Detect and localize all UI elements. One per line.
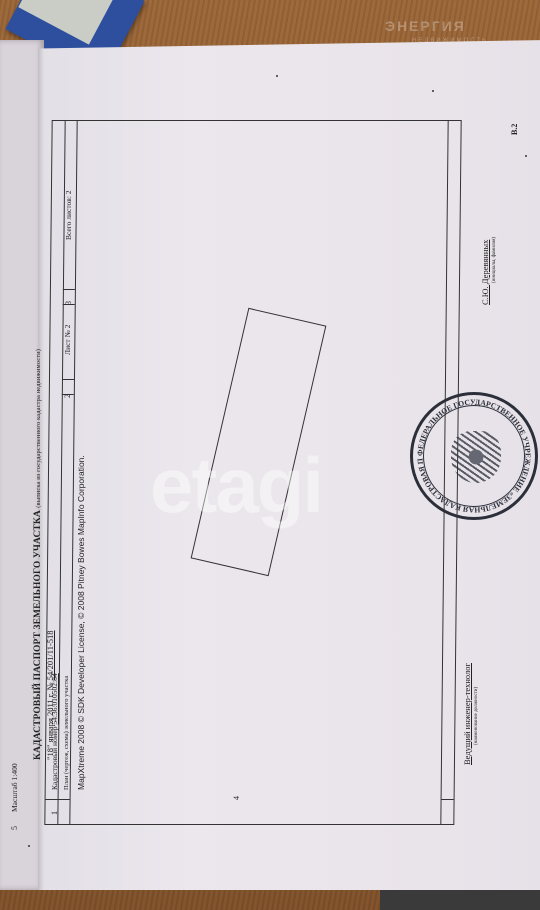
official-seal-stamp: ФЕДЕРАЛЬНОЕ ГОСУДАРСТВЕННОЕ УЧРЕЖДЕНИЕ «… bbox=[410, 392, 538, 520]
software-notice: MapXtreme 2008 © SDK Developer License, … bbox=[76, 455, 86, 790]
scale-label: Масштаб 1:400 bbox=[10, 763, 19, 812]
row-2-number: 2 bbox=[63, 394, 72, 398]
corner-watermark: ЭНЕРГИЯ bbox=[385, 18, 466, 34]
row-3-number: 3 bbox=[64, 301, 73, 305]
plan-label: План (чертеж, схема) земельного участка bbox=[63, 676, 70, 790]
position-caption: (наименование должности) bbox=[474, 687, 479, 745]
title-text: КАДАСТРОВЫЙ ПАСПОРТ ЗЕМЕЛЬНОГО УЧАСТКА bbox=[33, 510, 43, 760]
row-number-divider bbox=[46, 799, 70, 800]
sheet-mark: В.2 bbox=[510, 124, 519, 135]
seal-text: ФЕДЕРАЛЬНОЕ ГОСУДАРСТВЕННОЕ УЧРЕЖДЕНИЕ «… bbox=[413, 395, 535, 517]
paper-speck bbox=[28, 845, 30, 847]
row-1-number: 1 bbox=[50, 811, 59, 815]
dark-surface-edge bbox=[380, 890, 540, 910]
paper-speck bbox=[276, 75, 278, 77]
document-title: КАДАСТРОВЫЙ ПАСПОРТ ЗЕМЕЛЬНОГО УЧАСТКА (… bbox=[33, 349, 43, 760]
cadastral-label: Кадастровый номер bbox=[50, 725, 59, 790]
total-sheets-label: Всего листов: 2 bbox=[64, 190, 73, 240]
cadastral-number: 54:36:010502:84 bbox=[50, 673, 59, 724]
paper-speck bbox=[525, 155, 527, 157]
signatory-name: С.Ю. Деревянных bbox=[480, 240, 490, 305]
row-2-box bbox=[62, 379, 74, 395]
row-5-number: 5 bbox=[10, 826, 19, 830]
row-5-divider bbox=[442, 799, 454, 800]
paper-speck bbox=[432, 90, 434, 92]
sheet-number-label: Лист № 2 bbox=[63, 325, 72, 355]
cadastral-number-field: Кадастровый номер 54:36:010502:84 bbox=[50, 673, 59, 790]
row-4-number: 4 bbox=[232, 796, 241, 800]
svg-text:ФЕДЕРАЛЬНОЕ ГОСУДАРСТВЕННОЕ УЧ: ФЕДЕРАЛЬНОЕ ГОСУДАРСТВЕННОЕ УЧРЕЖДЕНИЕ «… bbox=[413, 395, 533, 515]
title-note: (выписка из государственного кадастра не… bbox=[35, 349, 42, 508]
name-caption: (инициалы, фамилия) bbox=[492, 237, 497, 283]
signatory-position: Ведущий инженер-технолог bbox=[462, 663, 472, 765]
etagi-watermark: etagi bbox=[150, 440, 322, 531]
